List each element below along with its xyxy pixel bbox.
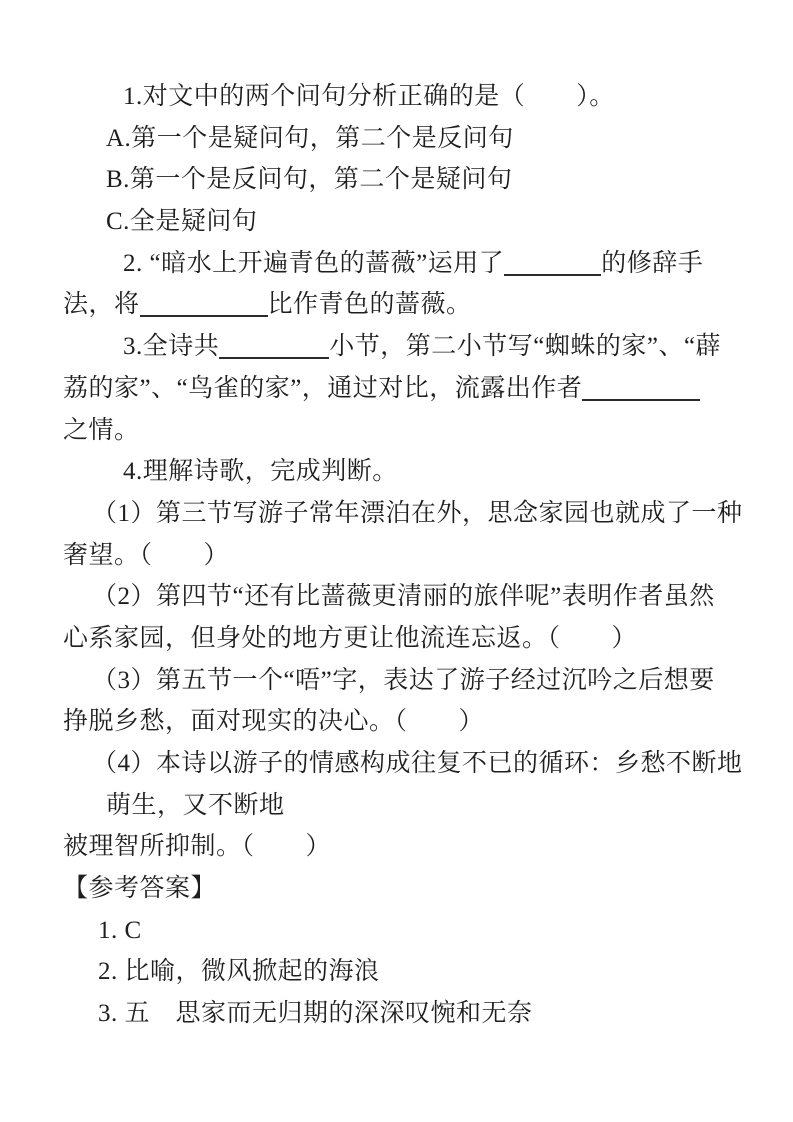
text-line: 奢望。（ ）	[63, 535, 753, 577]
text-segment: 萌生，又不断地	[106, 792, 285, 819]
fill-in-blank	[219, 332, 329, 359]
text-line: （1）第三节写游子常年漂泊在外，思念家园也就成了一种	[63, 493, 753, 535]
text-line: 【参考答案】	[63, 868, 753, 910]
text-segment: 1. C	[98, 917, 142, 944]
text-segment: （3）第五节一个“唔”字，表达了游子经过沉吟之后想要	[92, 667, 715, 694]
text-line: 3. 五 思家而无归期的深深叹惋和无奈	[63, 993, 753, 1035]
text-line: 心系家园，但身处的地方更让他流连忘返。（ ）	[63, 618, 753, 660]
text-segment: 荔的家”、“鸟雀的家”，通过对比，流露出作者	[63, 375, 582, 402]
text-segment: 3. 五 思家而无归期的深深叹惋和无奈	[98, 1000, 533, 1027]
text-segment: 被理智所抑制。（ ）	[63, 833, 331, 860]
text-line: B.第一个是反问句，第二个是疑问句	[63, 159, 753, 201]
text-segment: 法，将	[63, 291, 140, 318]
text-segment: （4）本诗以游子的情感构成往复不已的循环：乡愁不断地	[92, 750, 743, 777]
text-line: C.全是疑问句	[63, 201, 753, 243]
fill-in-blank	[140, 290, 268, 317]
text-segment: 挣脱乡愁，面对现实的决心。（ ）	[63, 708, 484, 735]
text-segment: （2）第四节“还有比蔷薇更清丽的旅伴呢”表明作者虽然	[92, 583, 715, 610]
text-line: 挣脱乡愁，面对现实的决心。（ ）	[63, 701, 753, 743]
text-segment: 小节，第二小节写“蜘蛛的家”、“薜	[329, 333, 721, 360]
text-segment: 奢望。（ ）	[63, 542, 229, 569]
text-segment: A.第一个是疑问句，第二个是反问句	[106, 125, 514, 152]
text-segment: 的修辞手	[601, 250, 703, 277]
fill-in-blank	[504, 249, 601, 276]
text-segment: 2. “暗水上开遍青色的蔷薇”运用了	[123, 250, 504, 277]
text-segment: 之情。	[63, 417, 140, 444]
text-line: （3）第五节一个“唔”字，表达了游子经过沉吟之后想要	[63, 660, 753, 702]
text-segment: 【参考答案】	[63, 875, 216, 902]
text-line: 之情。	[63, 410, 753, 452]
text-line: A.第一个是疑问句，第二个是反问句	[63, 118, 753, 160]
text-line: 萌生，又不断地	[63, 785, 753, 827]
text-segment: 2. 比喻，微风掀起的海浪	[98, 958, 380, 985]
text-line: 荔的家”、“鸟雀的家”，通过对比，流露出作者	[63, 368, 753, 410]
text-line: 1. C	[63, 910, 753, 952]
text-line: 法，将比作青色的蔷薇。	[63, 284, 753, 326]
worksheet-text-block: 1.对文中的两个问句分析正确的是（ ）。A.第一个是疑问句，第二个是反问句B.第…	[63, 76, 753, 1035]
text-line: （4）本诗以游子的情感构成往复不已的循环：乡愁不断地	[63, 743, 753, 785]
text-segment: 1.对文中的两个问句分析正确的是（ ）。	[123, 83, 615, 110]
text-line: 4.理解诗歌，完成判断。	[63, 451, 753, 493]
text-line: 3.全诗共小节，第二小节写“蜘蛛的家”、“薜	[63, 326, 753, 368]
text-line: 被理智所抑制。（ ）	[63, 826, 753, 868]
fill-in-blank	[582, 374, 700, 401]
text-segment: B.第一个是反问句，第二个是疑问句	[106, 166, 512, 193]
text-segment: 心系家园，但身处的地方更让他流连忘返。（ ）	[63, 625, 637, 652]
text-segment: 比作青色的蔷薇。	[268, 291, 472, 318]
text-line: （2）第四节“还有比蔷薇更清丽的旅伴呢”表明作者虽然	[63, 576, 753, 618]
text-segment: C.全是疑问句	[106, 208, 257, 235]
document-page: 1.对文中的两个问句分析正确的是（ ）。A.第一个是疑问句，第二个是反问句B.第…	[0, 0, 793, 1122]
text-segment: 4.理解诗歌，完成判断。	[123, 458, 398, 485]
text-segment: （1）第三节写游子常年漂泊在外，思念家园也就成了一种	[92, 500, 743, 527]
text-line: 2. 比喻，微风掀起的海浪	[63, 951, 753, 993]
text-line: 2. “暗水上开遍青色的蔷薇”运用了的修辞手	[63, 243, 753, 285]
text-segment: 3.全诗共	[123, 333, 219, 360]
text-line: 1.对文中的两个问句分析正确的是（ ）。	[63, 76, 753, 118]
